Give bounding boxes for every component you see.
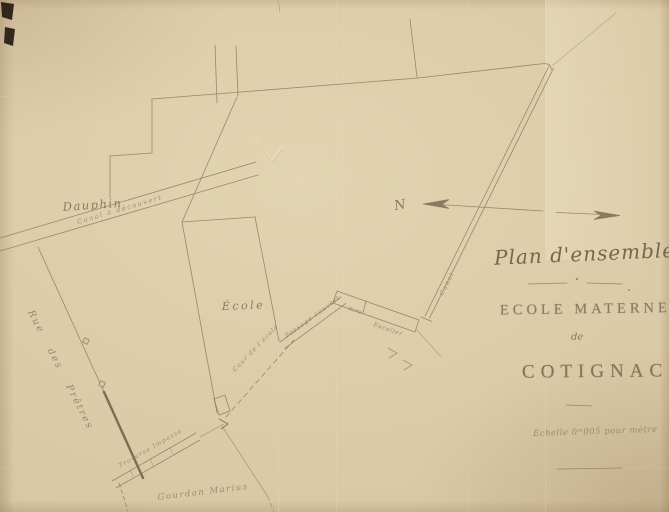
canal-line bbox=[425, 66, 549, 316]
school-parcel-edge bbox=[182, 217, 255, 222]
label-street-left: Rue des Prêtres bbox=[25, 307, 96, 431]
boundary-line bbox=[236, 46, 238, 96]
boundary-post bbox=[83, 338, 90, 345]
courtyard-dashed-line bbox=[226, 340, 294, 417]
canal-extension bbox=[552, 13, 616, 66]
scanned-site-plan: Dauphin École Canal à découvert Canal Ru… bbox=[0, 0, 669, 512]
label-passage: Passage couvert bbox=[283, 294, 342, 340]
school-name: ECOLE MATERNELLE bbox=[500, 300, 669, 320]
scan-mark bbox=[278, 0, 280, 12]
scale-rule bbox=[557, 468, 622, 469]
parcel-boundary-dashed bbox=[268, 497, 274, 512]
canal-open-line bbox=[0, 162, 256, 238]
canal-end-cap bbox=[421, 317, 432, 322]
north-arrow-icon bbox=[423, 200, 620, 220]
title-ornament-rule bbox=[528, 278, 630, 291]
crease-highlight bbox=[256, 140, 282, 161]
small-building-outline bbox=[214, 395, 230, 415]
school-parcel-edge bbox=[182, 222, 217, 413]
label-stairs: Escalier bbox=[371, 321, 404, 338]
label-door: Porte bbox=[346, 306, 362, 316]
chevron-mark bbox=[388, 348, 397, 358]
label-owner-gourdan: Gourdan Marius bbox=[157, 482, 249, 503]
town-underline-rule bbox=[566, 405, 592, 406]
staircase-divider bbox=[363, 301, 366, 313]
parcel-boundary-top bbox=[152, 64, 551, 99]
path-line bbox=[417, 330, 441, 357]
connector-de: de bbox=[571, 332, 583, 343]
street-dashed-continuation bbox=[119, 483, 128, 511]
town-name: COTIGNAC bbox=[522, 360, 668, 383]
ink-blotch bbox=[1, 2, 15, 46]
parcel-steps-left bbox=[110, 99, 152, 198]
street-line bbox=[38, 247, 104, 392]
label-school-parcel: École bbox=[221, 297, 266, 313]
road-link bbox=[200, 424, 224, 437]
parcel-boundary-diagonal bbox=[182, 97, 237, 222]
label-bottom-street: Traverse Impasse bbox=[118, 427, 184, 469]
label-courtyard: Cour de l'école bbox=[231, 323, 280, 373]
canal-open-line bbox=[0, 175, 258, 251]
north-letter: N bbox=[392, 197, 407, 214]
chevron-mark bbox=[403, 360, 412, 370]
boundary-line bbox=[410, 19, 417, 77]
school-parcel-edge bbox=[255, 217, 279, 341]
